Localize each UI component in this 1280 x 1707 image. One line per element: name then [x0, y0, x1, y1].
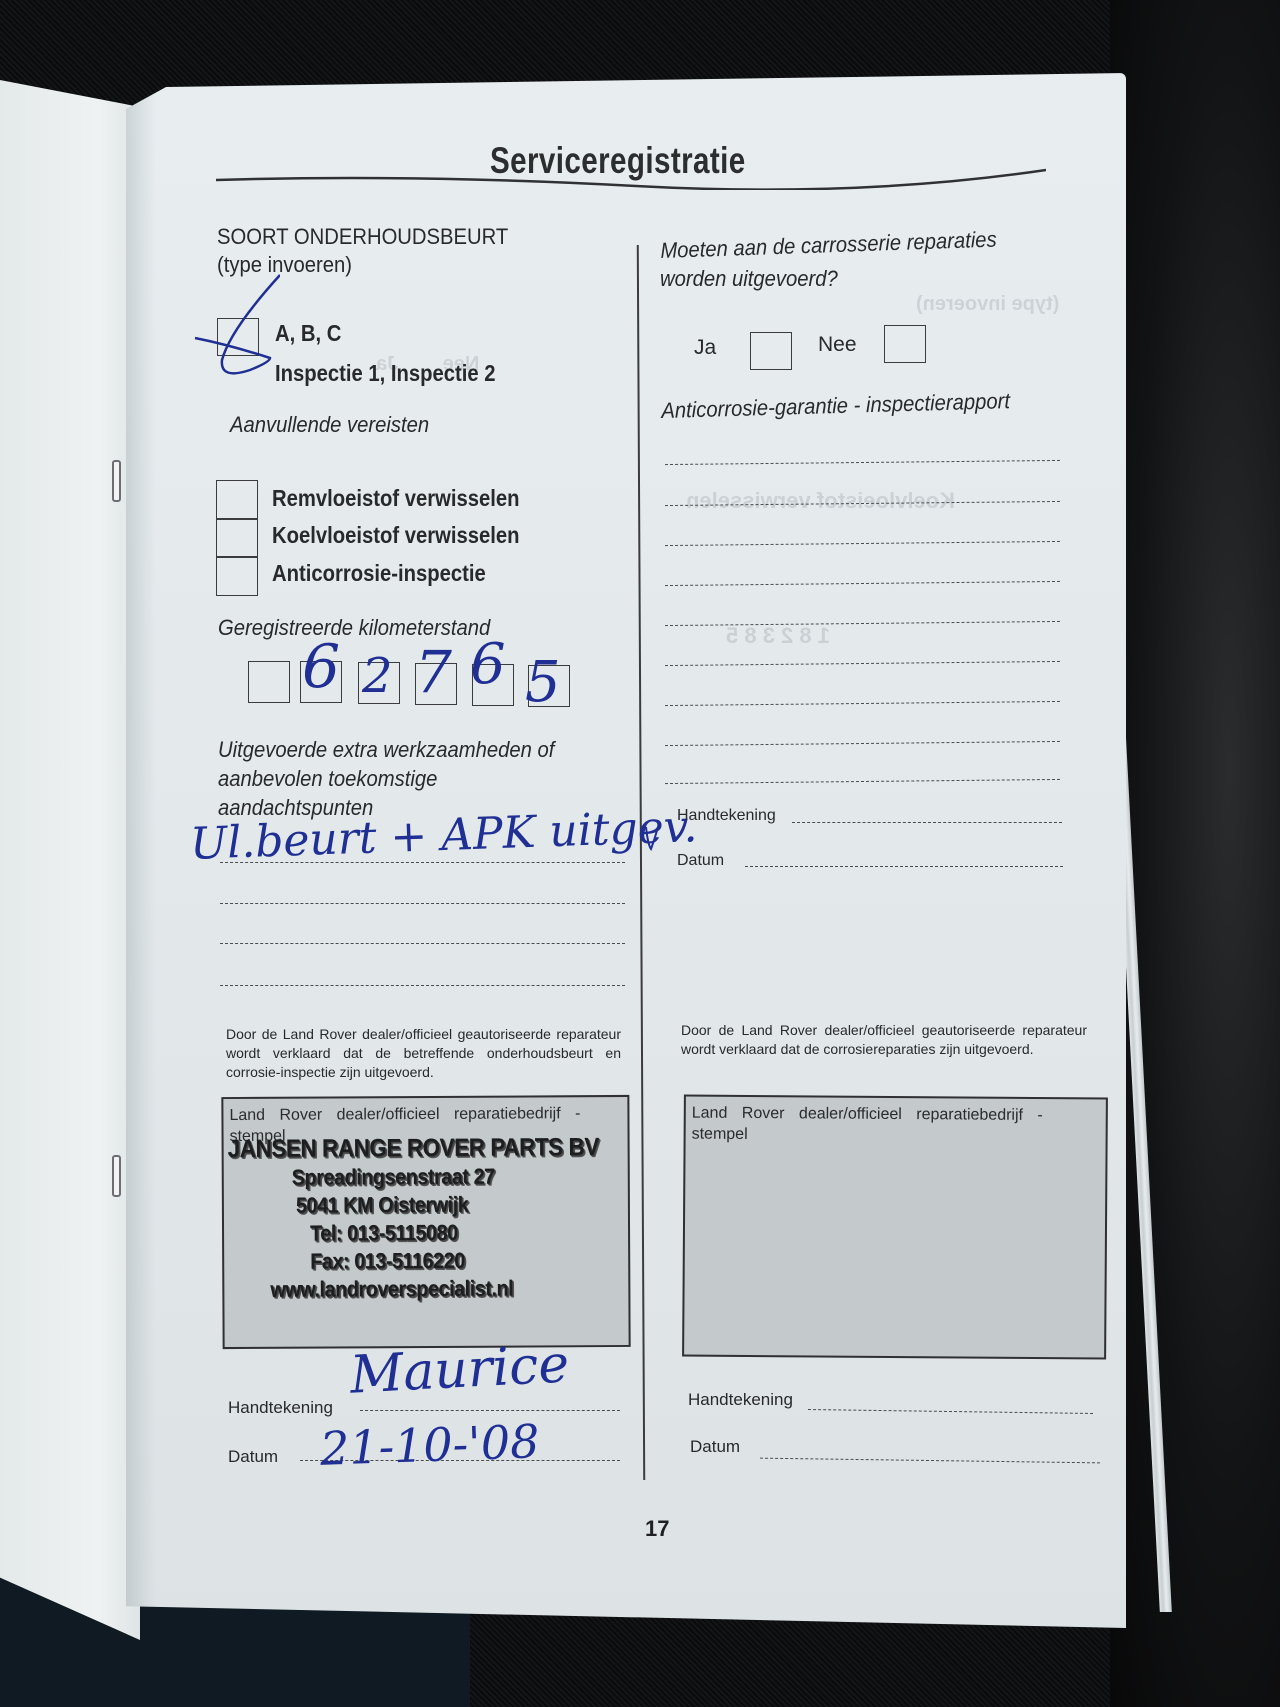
- stamp-phone: Tel: 013-5115080: [310, 1220, 458, 1247]
- extra-work-heading-line1: Uitgevoerde extra werkzaamheden of: [218, 737, 554, 763]
- odometer-digit-box[interactable]: [248, 661, 290, 703]
- stamp-website: www.landroverspecialist.nl: [270, 1276, 513, 1303]
- odometer-digit-6: 5: [525, 650, 561, 715]
- right-report-date-label: Datum: [677, 852, 724, 870]
- leather-seat-background: [1110, 0, 1280, 1707]
- stamp-postcode: 5041 KM Oisterwijk: [296, 1192, 469, 1219]
- bodywork-question-line2: worden uitgevoerd?: [660, 266, 838, 292]
- right-declaration: Door de Land Rover dealer/officieel geau…: [681, 1021, 1087, 1059]
- service-option-inspection: Inspectie 1, Inspectie 2: [275, 360, 495, 387]
- extra-work-line[interactable]: [220, 943, 625, 944]
- left-declaration: Door de Land Rover dealer/officieel geau…: [226, 1025, 621, 1082]
- checkbox-coolant[interactable]: [216, 518, 258, 558]
- title-underline: [216, 160, 1046, 190]
- checkbox-anticorrosion[interactable]: [216, 556, 258, 596]
- left-page-edge: [0, 80, 140, 1640]
- requirement-anticorrosion: Anticorrosie-inspectie: [272, 560, 486, 587]
- page-number: 17: [645, 1516, 669, 1542]
- left-stamp-box: Land Rover dealer/officieel reparatiebed…: [221, 1095, 630, 1349]
- right-report-signature-line[interactable]: [792, 822, 1062, 823]
- left-signature-line[interactable]: [360, 1410, 620, 1411]
- checkbox-brake-fluid[interactable]: [216, 480, 258, 520]
- left-signature-label: Handtekening: [228, 1398, 333, 1418]
- extra-work-heading-line2: aanbevolen toekomstige: [218, 766, 437, 792]
- stamp-address: Spreadingsenstraat 27: [292, 1164, 495, 1191]
- odometer-digit-2: 6: [302, 632, 340, 702]
- extra-work-line[interactable]: [220, 985, 625, 986]
- show-through-text: 1 8 2 3 8 5: [726, 623, 830, 649]
- right-signature-label: Handtekening: [688, 1390, 793, 1410]
- additional-requirements-heading: Aanvullende vereisten: [230, 412, 429, 438]
- odometer-digit-5: 6: [470, 632, 506, 697]
- handwritten-tick: [642, 823, 662, 853]
- staple: [112, 460, 121, 502]
- handwritten-check-mark: [190, 270, 280, 380]
- right-report-signature-label: Handtekening: [677, 807, 776, 825]
- right-stamp-box: Land Rover dealer/officieel reparatiebed…: [682, 1095, 1108, 1360]
- signature-handwritten: Maurice: [349, 1334, 571, 1405]
- requirement-brake-fluid: Remvloeistof verwisselen: [272, 485, 519, 512]
- no-label: Nee: [818, 333, 857, 357]
- show-through-text: (type invoeren): [916, 293, 1059, 316]
- checkbox-yes[interactable]: [750, 332, 792, 370]
- odometer-digit-3: 2: [362, 648, 393, 704]
- stamp-fax: Fax: 013-5116220: [310, 1248, 465, 1275]
- date-handwritten: 21-10-'08: [319, 1414, 540, 1476]
- yes-label: Ja: [694, 336, 716, 360]
- staple: [112, 1155, 121, 1197]
- right-stamp-label: Land Rover dealer/officieel reparatiebed…: [692, 1103, 1072, 1148]
- show-through-text: Koelvloeistof verwisselen: [686, 488, 955, 514]
- right-report-date-line[interactable]: [745, 866, 1063, 867]
- extra-work-line[interactable]: [220, 903, 625, 904]
- right-date-label: Datum: [690, 1437, 740, 1457]
- service-option-abc: A, B, C: [275, 320, 341, 347]
- service-type-heading: SOORT ONDERHOUDSBEURT: [217, 224, 508, 250]
- stamp-company-name: JANSEN RANGE ROVER PARTS BV: [228, 1133, 599, 1164]
- requirement-coolant: Koelvloeistof verwisselen: [272, 522, 519, 549]
- odometer-digit-4: 7: [415, 638, 452, 706]
- checkbox-no[interactable]: [884, 325, 926, 363]
- left-date-label: Datum: [228, 1447, 278, 1467]
- spine-shadow: [126, 73, 156, 1628]
